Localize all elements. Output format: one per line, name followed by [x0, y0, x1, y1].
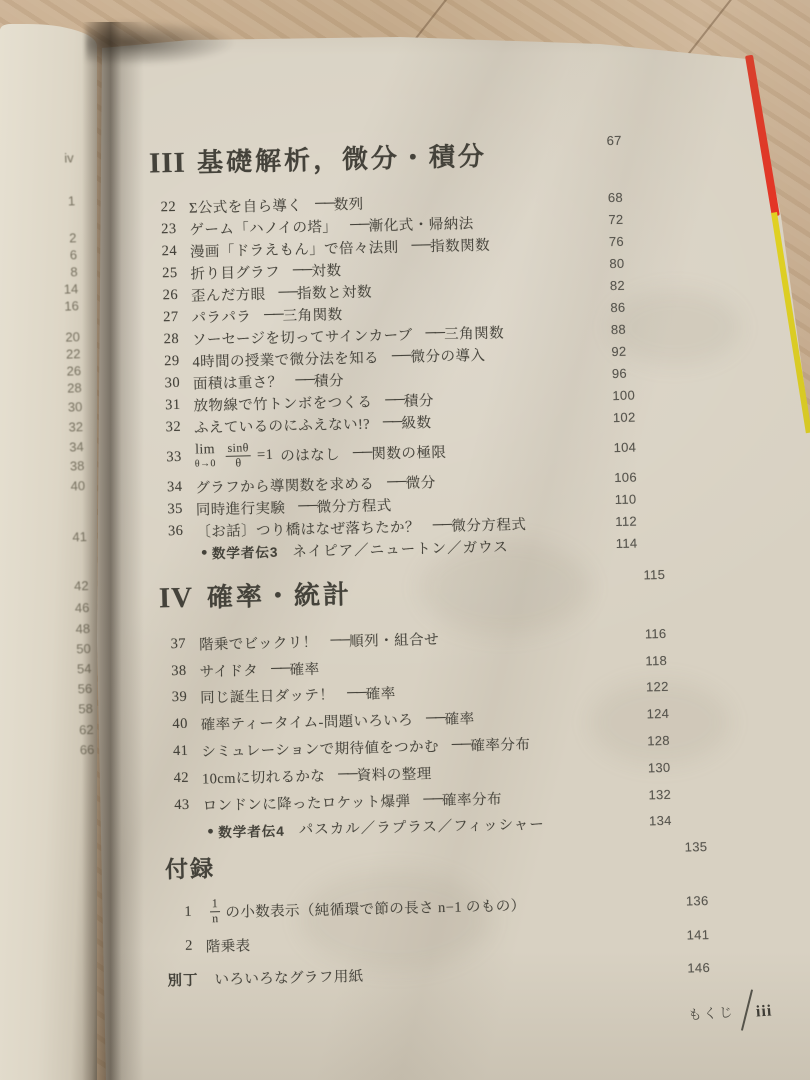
item-subject-tag: 確率分布 — [442, 787, 502, 809]
leader-dash: ── — [338, 766, 357, 783]
leader-dash: ── — [295, 371, 314, 388]
chapter-heading: III基礎解析，微分・積分67 — [129, 130, 760, 181]
item-subject-tag: 級数 — [401, 411, 431, 433]
item-subject-tag: 資料の整理 — [356, 762, 431, 785]
item-page-number: 116 — [645, 626, 667, 641]
facing-page-number: 58 — [41, 700, 94, 719]
item-page-number: 80 — [609, 255, 624, 270]
item-subject-tag: 数列 — [333, 192, 363, 214]
fraction: sinθθ — [225, 441, 251, 470]
toc-item-list: 22Σ公式を自ら導く──数列6823ゲーム「ハノイの塔」──漸化式・帰納法722… — [130, 183, 768, 565]
feature-names: ネイピア／ニュートン／ガウス — [292, 535, 509, 561]
leader-dash: ── — [330, 632, 349, 649]
facing-page-number: 30 — [30, 398, 83, 417]
item-page-number: 104 — [613, 439, 636, 455]
item-subject-tag: 指数関数 — [430, 233, 490, 255]
facing-page-number: 62 — [41, 721, 94, 740]
item-title: ゲーム「ハノイの塔」 — [189, 215, 337, 239]
item-page-number: 86 — [610, 299, 625, 314]
item-subject-tag: 確率 — [366, 683, 396, 705]
facing-page-number: 34 — [31, 438, 84, 457]
facing-page-number: 6 — [25, 246, 78, 265]
item-page-number: 88 — [611, 321, 626, 336]
facing-page-number: 40 — [33, 477, 86, 496]
footer-page-number: iii — [755, 1002, 773, 1021]
leader-dash: ── — [293, 261, 312, 278]
item-page-number: 100 — [612, 387, 635, 403]
item-title: サイドタ — [199, 659, 258, 681]
item-subject-tag: 順列・組合せ — [349, 628, 439, 651]
item-title: いろいろなグラフ用紙 — [214, 965, 363, 989]
item-number: 29 — [153, 352, 179, 370]
book-photo-scene: iv12681416202226283032343840414246485054… — [0, 0, 810, 1080]
item-number: 43 — [163, 796, 189, 814]
item-page-number: 96 — [612, 365, 627, 380]
item-number: 32 — [155, 418, 181, 436]
item-subject-tag: 積分 — [404, 389, 434, 411]
item-page-number: 82 — [610, 277, 625, 292]
item-subject-tag: 微分方程式 — [451, 513, 526, 536]
leader-dash: ── — [315, 195, 334, 212]
item-subject-tag: 積分 — [314, 369, 344, 391]
leader-dash: ── — [411, 237, 430, 254]
item-title: パラパラ — [191, 305, 251, 327]
item-subject-tag: 確率 — [289, 657, 319, 679]
item-title: シミュレーションで期待値をつかむ — [201, 735, 439, 761]
item-page-number: 106 — [614, 469, 637, 485]
item-page-number: 141 — [687, 927, 710, 943]
item-title: 歪んだ方眼 — [191, 282, 266, 305]
page-footer: もくじ iii — [688, 993, 772, 1031]
item-number: 41 — [162, 743, 188, 761]
item-page-number: 146 — [687, 960, 710, 976]
limit-subscript: θ→0 — [195, 459, 216, 469]
facing-page-number: 38 — [32, 457, 85, 476]
item-subject-tag: 三角関数 — [444, 321, 504, 343]
leader-dash: ── — [298, 497, 317, 514]
facing-page-number: 32 — [31, 418, 84, 437]
item-number: 38 — [160, 663, 186, 681]
facing-page-number-column: iv12681416202226283032343840414246485054… — [21, 149, 94, 759]
facing-page-number: 1 — [23, 192, 76, 211]
item-subject-tag: 漸化式・帰納法 — [368, 212, 473, 235]
item-title: のはなし — [280, 443, 340, 465]
chapter-numeral: III — [149, 146, 198, 180]
item-title: 10cmに切れるかな — [202, 765, 326, 789]
bullet-icon: ● — [201, 546, 208, 558]
footer-label: もくじ — [687, 1000, 735, 1023]
item-number: 40 — [162, 716, 188, 734]
item-number: 別丁 — [167, 969, 198, 991]
item-page-number: 118 — [645, 653, 667, 668]
chapter-heading: IV確率・統計115 — [138, 565, 769, 616]
chapter-title: 基礎解析，微分・積分 — [197, 136, 488, 180]
item-number: 42 — [163, 770, 189, 788]
facing-page-number: 22 — [28, 345, 81, 364]
leader-dash: ── — [271, 660, 290, 677]
item-subject-tag: 関数の極限 — [371, 440, 446, 463]
item-subject-tag: 微分の導入 — [410, 343, 485, 366]
item-number: 26 — [152, 286, 178, 304]
facing-page-number: 42 — [36, 577, 89, 596]
item-title: 折り目グラフ — [190, 260, 280, 283]
chapter-numeral: IV — [159, 581, 208, 615]
facing-page-number: iv — [21, 149, 74, 168]
item-number: 24 — [151, 242, 177, 260]
fraction-denominator: θ — [235, 456, 241, 470]
item-title: 同時進行実験 — [196, 496, 286, 519]
fraction: 1n — [210, 897, 221, 926]
item-number: 35 — [157, 500, 183, 518]
toc-item-list: 37階乗でビックリ！──順列・組合せ11638サイドタ──確率11839同じ誕生… — [140, 618, 775, 847]
appendix-heading: 付録135 — [145, 838, 776, 885]
item-subject-tag: 三角関数 — [282, 303, 342, 325]
item-page-number: 136 — [686, 893, 709, 909]
limit-notation: limθ→0 — [194, 443, 216, 469]
leader-dash: ── — [383, 413, 402, 430]
item-page-number: 132 — [648, 787, 671, 803]
facing-page-number: 14 — [26, 280, 79, 299]
item-title: の小数表示（純循環で節の長さ n−1 のもの） — [225, 894, 526, 922]
item-page-number: 122 — [646, 679, 669, 695]
facing-page-number: 66 — [42, 741, 95, 760]
chapter-title: 付録 — [165, 851, 216, 885]
item-number: 27 — [152, 308, 178, 326]
fraction-denominator: n — [212, 912, 219, 926]
item-number: 31 — [154, 396, 180, 414]
table-of-contents: III基礎解析，微分・積分6722Σ公式を自ら導く──数列6823ゲーム「ハノイ… — [128, 104, 778, 997]
leader-dash: ── — [385, 391, 404, 408]
leader-dash: ── — [350, 216, 369, 233]
item-subject-tag: 確率 — [444, 708, 474, 730]
fraction-numerator: sinθ — [225, 441, 251, 456]
leader-dash: ── — [387, 473, 406, 490]
leader-dash: ── — [278, 284, 297, 301]
item-number: 37 — [160, 636, 186, 654]
item-number: 25 — [151, 264, 177, 282]
limit-word: lim — [195, 443, 215, 457]
facing-page-number: 8 — [25, 263, 78, 282]
item-title: 階乗でビックリ！ — [199, 631, 318, 655]
leader-dash: ── — [433, 516, 452, 533]
item-number: 2 — [167, 938, 193, 956]
toc-item-list: 11nの小数表示（純循環で節の長さ n−1 のもの）1362階乗表141別丁いろ… — [146, 881, 778, 997]
item-subject-tag: 微分方程式 — [317, 494, 392, 517]
feature-label: 数学者伝3 — [212, 541, 279, 563]
facing-page-number: 20 — [28, 328, 81, 347]
facing-page-sliver: iv12681416202226283032343840414246485054… — [0, 24, 97, 1080]
item-page-number: 110 — [615, 491, 637, 506]
chapter-title: 確率・統計 — [206, 574, 352, 614]
leader-dash: ── — [347, 685, 366, 702]
feature-label: 数学者伝4 — [218, 820, 285, 842]
item-page-number: 92 — [611, 343, 626, 358]
item-subject-tag: 確率分布 — [470, 733, 530, 755]
item-title: ロンドンに降ったロケット爆弾 — [202, 789, 410, 815]
item-page-number: 68 — [608, 189, 623, 204]
item-subject-tag: 指数と対数 — [297, 280, 372, 303]
item-page-number: 112 — [615, 513, 637, 528]
equals-one: =1 — [257, 446, 274, 463]
item-page-number: 124 — [646, 706, 669, 722]
chapter-page-number: 135 — [685, 839, 708, 855]
item-page-number: 72 — [608, 211, 623, 226]
item-number: 30 — [154, 374, 180, 392]
item-number: 34 — [156, 478, 182, 496]
bullet-icon: ● — [207, 825, 214, 837]
fraction-numerator: 1 — [210, 897, 221, 912]
facing-page-number: 2 — [24, 229, 77, 248]
facing-page-number: 48 — [38, 620, 91, 639]
footer-divider-line — [740, 989, 752, 1030]
facing-page-number: 56 — [40, 680, 93, 699]
facing-page-number: 50 — [39, 640, 92, 659]
item-number: 33 — [156, 448, 182, 466]
item-title: Σ公式を自ら導く — [189, 194, 303, 218]
item-page-number: 134 — [649, 813, 672, 829]
item-page-number: 76 — [609, 233, 624, 248]
item-subject-tag: 微分 — [405, 471, 435, 493]
item-title: 確率ティータイム-問題いろいろ — [201, 709, 414, 735]
facing-page-number: 28 — [29, 379, 82, 398]
facing-page-number: 54 — [39, 660, 92, 679]
leader-dash: ── — [353, 444, 372, 461]
facing-page-number: 16 — [27, 297, 80, 316]
facing-page-number: 46 — [37, 599, 90, 618]
leader-dash: ── — [425, 324, 444, 341]
leader-dash: ── — [392, 347, 411, 364]
item-page-number: 114 — [616, 535, 638, 550]
chapter-page-number: 67 — [606, 133, 621, 148]
item-title: 面積は重さ？ — [193, 370, 283, 393]
contents-page: III基礎解析，微分・積分6722Σ公式を自ら導く──数列6823ゲーム「ハノイ… — [0, 0, 810, 1080]
facing-page-number: 26 — [29, 362, 82, 381]
item-subject-tag: 対数 — [311, 259, 341, 281]
item-page-number: 102 — [613, 409, 636, 425]
item-number: 1 — [166, 904, 192, 922]
item-number: 22 — [150, 198, 176, 216]
item-number: 28 — [153, 330, 179, 348]
item-title: 階乗表 — [206, 935, 251, 957]
item-number: 36 — [157, 522, 183, 540]
leader-dash: ── — [426, 710, 445, 727]
feature-names: パスカル／ラプラス／フィッシャー — [299, 813, 546, 840]
leader-dash: ── — [452, 736, 471, 753]
item-title: 同じ誕生日ダッテ！ — [200, 684, 335, 708]
item-number: 23 — [150, 220, 176, 238]
facing-page-number: 41 — [35, 528, 88, 547]
item-page-number: 128 — [647, 733, 670, 749]
leader-dash: ── — [423, 791, 442, 808]
leader-dash: ── — [264, 306, 283, 323]
chapter-page-number: 115 — [643, 567, 665, 582]
item-page-number: 130 — [648, 760, 671, 776]
item-number: 39 — [161, 689, 187, 707]
